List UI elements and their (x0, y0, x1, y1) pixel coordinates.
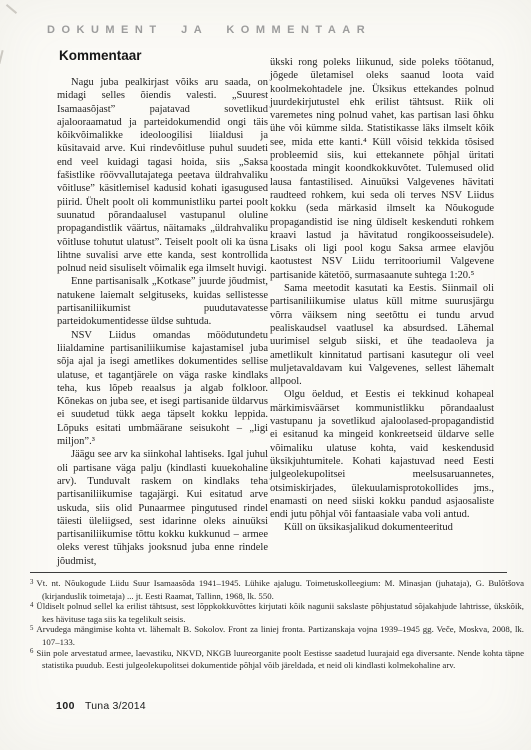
footnote-number: 5 (30, 625, 33, 632)
paragraph: Nagu juba pealkirjast võiks aru saada, o… (57, 76, 268, 275)
footnote-item: 4Üldiselt polnud sellel ka erilist tähts… (30, 601, 524, 624)
paragraph: Jäägu see arv ka siinkohal lahtiseks. Ig… (57, 448, 268, 568)
footnote-number: 3 (30, 579, 33, 586)
scan-artifact (0, 50, 4, 64)
article-column-right: ükski rong poleks liikunud, side poleks … (270, 56, 494, 535)
paragraph: Sama meetodit kasutati ka Eestis. Siinma… (270, 282, 494, 388)
footnote-text: Arvudega mängimise kohta vt. lähemalt B.… (36, 624, 524, 647)
footnote-item: 3Vt. nt. Nõukogude Liidu Suur Isamaasõda… (30, 578, 524, 601)
footnote-text: Siin pole arvestatud armee, laevastiku, … (36, 648, 524, 671)
scan-artifact (6, 4, 17, 14)
paragraph: Küll on üksikasjalikud dokumenteeritud (270, 521, 494, 534)
footnote-item: 5Arvudega mängimise kohta vt. lähemalt B… (30, 624, 524, 647)
journal-issue: Tuna 3/2014 (85, 700, 146, 712)
page-footer: 100Tuna 3/2014 (56, 700, 146, 712)
footnote-separator (30, 572, 507, 573)
footnote-text: Üldiselt polnud sellel ka erilist tähtsu… (36, 601, 524, 624)
section-kicker: DOKUMENT JA KOMMENTAAR (47, 24, 371, 36)
paragraph: ükski rong poleks liikunud, side poleks … (270, 56, 494, 282)
footnote-number: 6 (30, 648, 33, 655)
paragraph: Enne partisanisalk „Kotkase” juurde jõud… (57, 275, 268, 328)
page-title: Kommentaar (59, 48, 142, 63)
footnote-item: 6Siin pole arvestatud armee, laevastiku,… (30, 648, 524, 671)
footnote-text: Vt. nt. Nõukogude Liidu Suur Isamaasõda … (36, 578, 524, 601)
scanned-journal-page: DOKUMENT JA KOMMENTAAR Kommentaar Nagu j… (0, 0, 531, 750)
article-column-left: Nagu juba pealkirjast võiks aru saada, o… (57, 76, 268, 568)
footnotes: 3Vt. nt. Nõukogude Liidu Suur Isamaasõda… (30, 578, 524, 671)
page-number: 100 (56, 700, 75, 712)
paragraph: Olgu öeldud, et Eestis ei tekkinud kohap… (270, 388, 494, 521)
paragraph: NSV Liidus omandas möödutundetu liialdam… (57, 329, 268, 449)
footnote-number: 4 (30, 602, 33, 609)
